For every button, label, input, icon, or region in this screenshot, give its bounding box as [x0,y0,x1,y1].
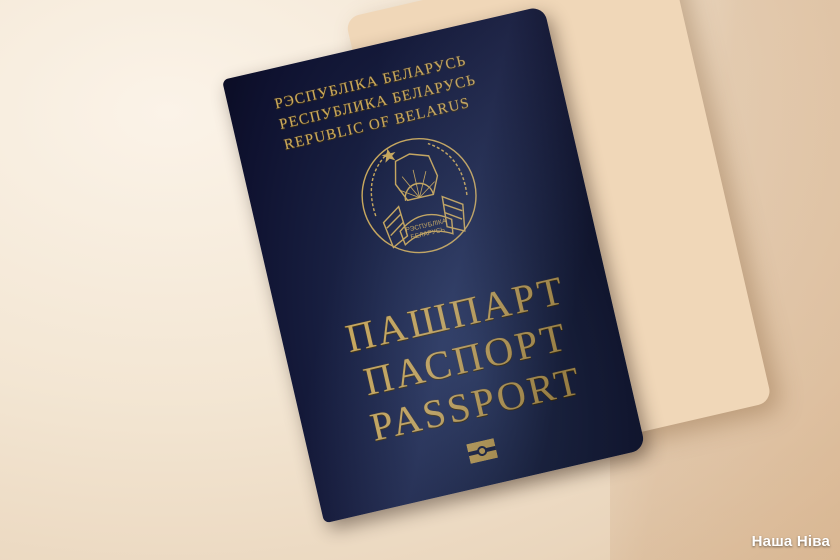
photo-scene: РЭСПУБЛІКА БЕЛАРУСЬ РЕСПУБЛИКА БЕЛАРУСЬ … [0,0,840,560]
header-line-belarusian: РЭСПУБЛІКА БЕЛАРУСЬ [273,36,531,115]
cover-header: РЭСПУБЛІКА БЕЛАРУСЬ РЕСПУБЛИКА БЕЛАРУСЬ … [273,36,541,156]
svg-text:РЭСПУБЛІКА: РЭСПУБЛІКА [405,218,448,234]
header-line-english: REPUBLIC OF BELARUS [282,77,540,156]
coat-of-arms-icon: РЭСПУБЛІКА БЕЛАРУСЬ [346,122,492,268]
svg-text:БЕЛАРУСЬ: БЕЛАРУСЬ [410,226,446,241]
header-line-russian: РЕСПУБЛИКА БЕЛАРУСЬ [277,57,535,136]
cover-titles: ПАШПАРТ ПАСПОРТ PASSPORT [319,262,613,457]
publisher-watermark: Наша Ніва [752,533,830,550]
title-belarusian: ПАШПАРТ [319,262,592,368]
biometric-chip-icon [466,438,498,464]
title-english: PASSPORT [340,351,613,457]
title-russian: ПАСПОРТ [329,306,602,412]
